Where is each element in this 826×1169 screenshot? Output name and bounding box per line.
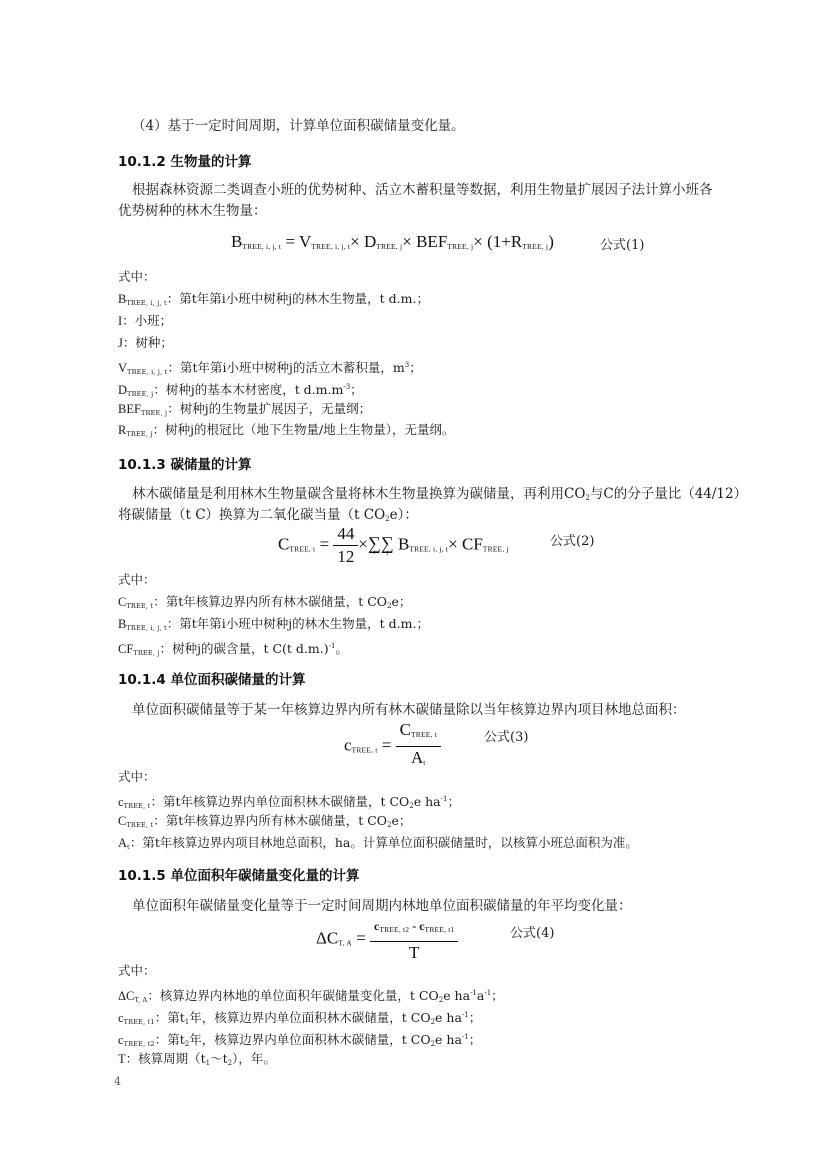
where-label-1: 式中： [118,268,156,286]
sum-j: ∑j [381,536,394,556]
section-heading-10-1-2: 10.1.2 生物量的计算 [118,150,252,170]
where-label-4: 式中： [118,962,156,980]
formula-4: ΔCT, A = cTREE, t2 - cTREE, t1T [316,916,458,963]
formula-2: CTREE, t = 4412×∑i∑j BTREE, i, j, t× CFT… [278,524,509,567]
definition-bef-tree: BEFTREE, j：树种j的生物量扩展因子，无量纲； [118,400,371,422]
paragraph-annual-change: 单位面积年碳储量变化量等于一定时间周期内林地单位面积碳储量的年平均变化量： [132,896,632,916]
formula-4-label: 公式(4) [510,922,554,941]
sum-i: ∑i [368,536,381,556]
fraction-delta-over-t: cTREE, t2 - cTREE, t1T [370,916,459,963]
definition-c-upper-tree: CTREE, t：第t年核算边界内所有林木碳储量，t CO2e； [118,812,411,834]
fraction-c-over-a: CTREE, tAt [396,720,441,773]
definition-r-tree: RTREE, j：树种j的根冠比（地下生物量/地上生物量），无量纲。 [118,421,454,443]
where-label-2: 式中： [118,571,156,589]
page-number: 4 [114,1075,121,1088]
section-heading-10-1-4: 10.1.4 单位面积碳储量的计算 [118,668,306,688]
definition-j: J：树种； [118,334,173,352]
definition-b-tree-2: BTREE, i, j, t：第t年第i小班中树种j的林木生物量，t d.m.； [118,615,429,637]
intro-item: （4）基于一定时间周期，计算单位面积碳储量变化量。 [132,116,465,136]
formula-1-label: 公式(1) [600,234,644,253]
paragraph-unit-area: 单位面积碳储量等于某一年核算边界内所有林木碳储量除以当年核算边界内项目林地总面积… [132,700,686,720]
formula-2-label: 公式(2) [550,530,594,549]
definition-a-t: At：第t年核算边界内项目林地总面积，ha。计算单位面积碳储量时，以核算小班总面… [118,834,638,856]
definition-c-tree-t: CTREE, t：第t年核算边界内所有林木碳储量，t CO2e； [118,593,411,615]
definition-cf-tree: CFTREE, j：树种j的碳含量，t C(t d.m.)-1。 [118,637,348,662]
formula-3-label: 公式(3) [484,726,528,745]
fraction-44-12: 4412 [333,524,358,567]
section-heading-10-1-5: 10.1.5 单位面积年碳储量变化量的计算 [118,864,360,884]
paragraph-biomass-line1: 根据森林资源二类调查小班的优势树种、活立木蓄积量等数据，利用生物量扩展因子法计算… [132,180,713,200]
where-label-3: 式中： [118,768,156,786]
paragraph-biomass-line2: 优势树种的林木生物量： [118,201,267,221]
formula-3: cTREE, t = CTREE, tAt [344,720,441,773]
document-page: （4）基于一定时间周期，计算单位面积碳储量变化量。 10.1.2 生物量的计算 … [0,0,826,1169]
definition-t-period: T：核算周期（t1～t2），年。 [118,1050,276,1072]
definition-i: I：小班； [118,312,172,330]
definition-b-tree: BTREE, i, j, t：第t年第i小班中树种j的林木生物量，t d.m.； [118,290,429,312]
formula-1: BTREE, i, j, t = VTREE, i, j, t× DTREE, … [231,232,554,252]
section-heading-10-1-3: 10.1.3 碳储量的计算 [118,453,252,473]
